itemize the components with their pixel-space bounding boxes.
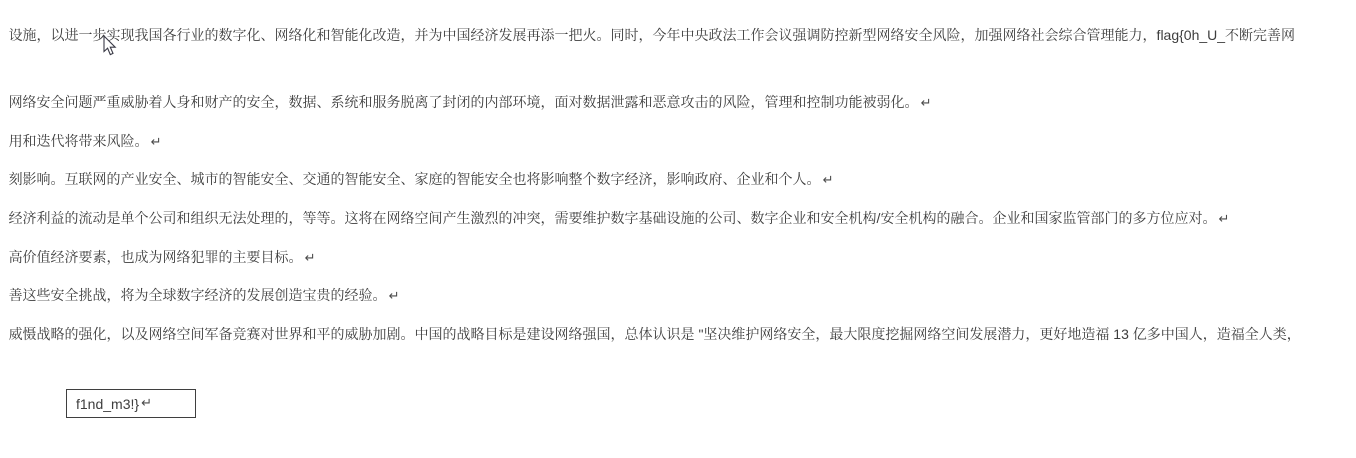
paragraph-text: 经济利益的流动是单个公司和组织无法处理的，等等。这将在网络空间产生激烈的冲突，需… [9,210,1217,226]
paragraph-text: 设施，以进一步实现我国各行业的数字化、网络化和智能化改造，并为中国经济发展再添一… [9,27,1296,43]
return-mark: ↵ [387,289,400,304]
paragraph-text: 用和迭代将带来风险。 [9,133,149,149]
return-mark [1301,328,1303,343]
return-mark: ↵ [821,173,834,188]
return-mark: ↵ [149,135,162,150]
return-mark: ↵ [1216,212,1229,227]
paragraph-text: 高价值经济要素，也成为网络犯罪的主要目标。 [9,249,303,265]
flag-textbox[interactable]: f1nd_m3!}↵ [66,389,196,418]
paragraph-1: 设施，以进一步实现我国各行业的数字化、网络化和智能化改造，并为中国经济发展再添一… [0,10,1297,62]
paragraph-8: 威慑战略的强化，以及网络空间军备竞赛对世界和平的威胁加剧。中国的战略目标是建设网… [0,309,1303,361]
paragraph-text: 网络安全问题严重威胁着人身和财产的安全，数据、系统和服务脱离了封闭的内部环境，面… [9,94,919,110]
document-canvas[interactable]: 设施，以进一步实现我国各行业的数字化、网络化和智能化改造，并为中国经济发展再添一… [0,0,1356,458]
paragraph-text: 善这些安全挑战，将为全球数字经济的发展创造宝贵的经验。 [9,287,387,303]
return-mark [1295,29,1297,44]
paragraph-text: 威慑战略的强化，以及网络空间军备竞赛对世界和平的威胁加剧。中国的战略目标是建设网… [9,326,1301,342]
return-mark: ↵ [303,251,316,266]
return-mark: ↵ [139,396,152,411]
textbox-text: f1nd_m3!} [76,396,139,412]
paragraph-text: 刻影响。互联网的产业安全、城市的智能安全、交通的智能安全、家庭的智能安全也将影响… [9,171,821,187]
return-mark: ↵ [919,96,932,111]
